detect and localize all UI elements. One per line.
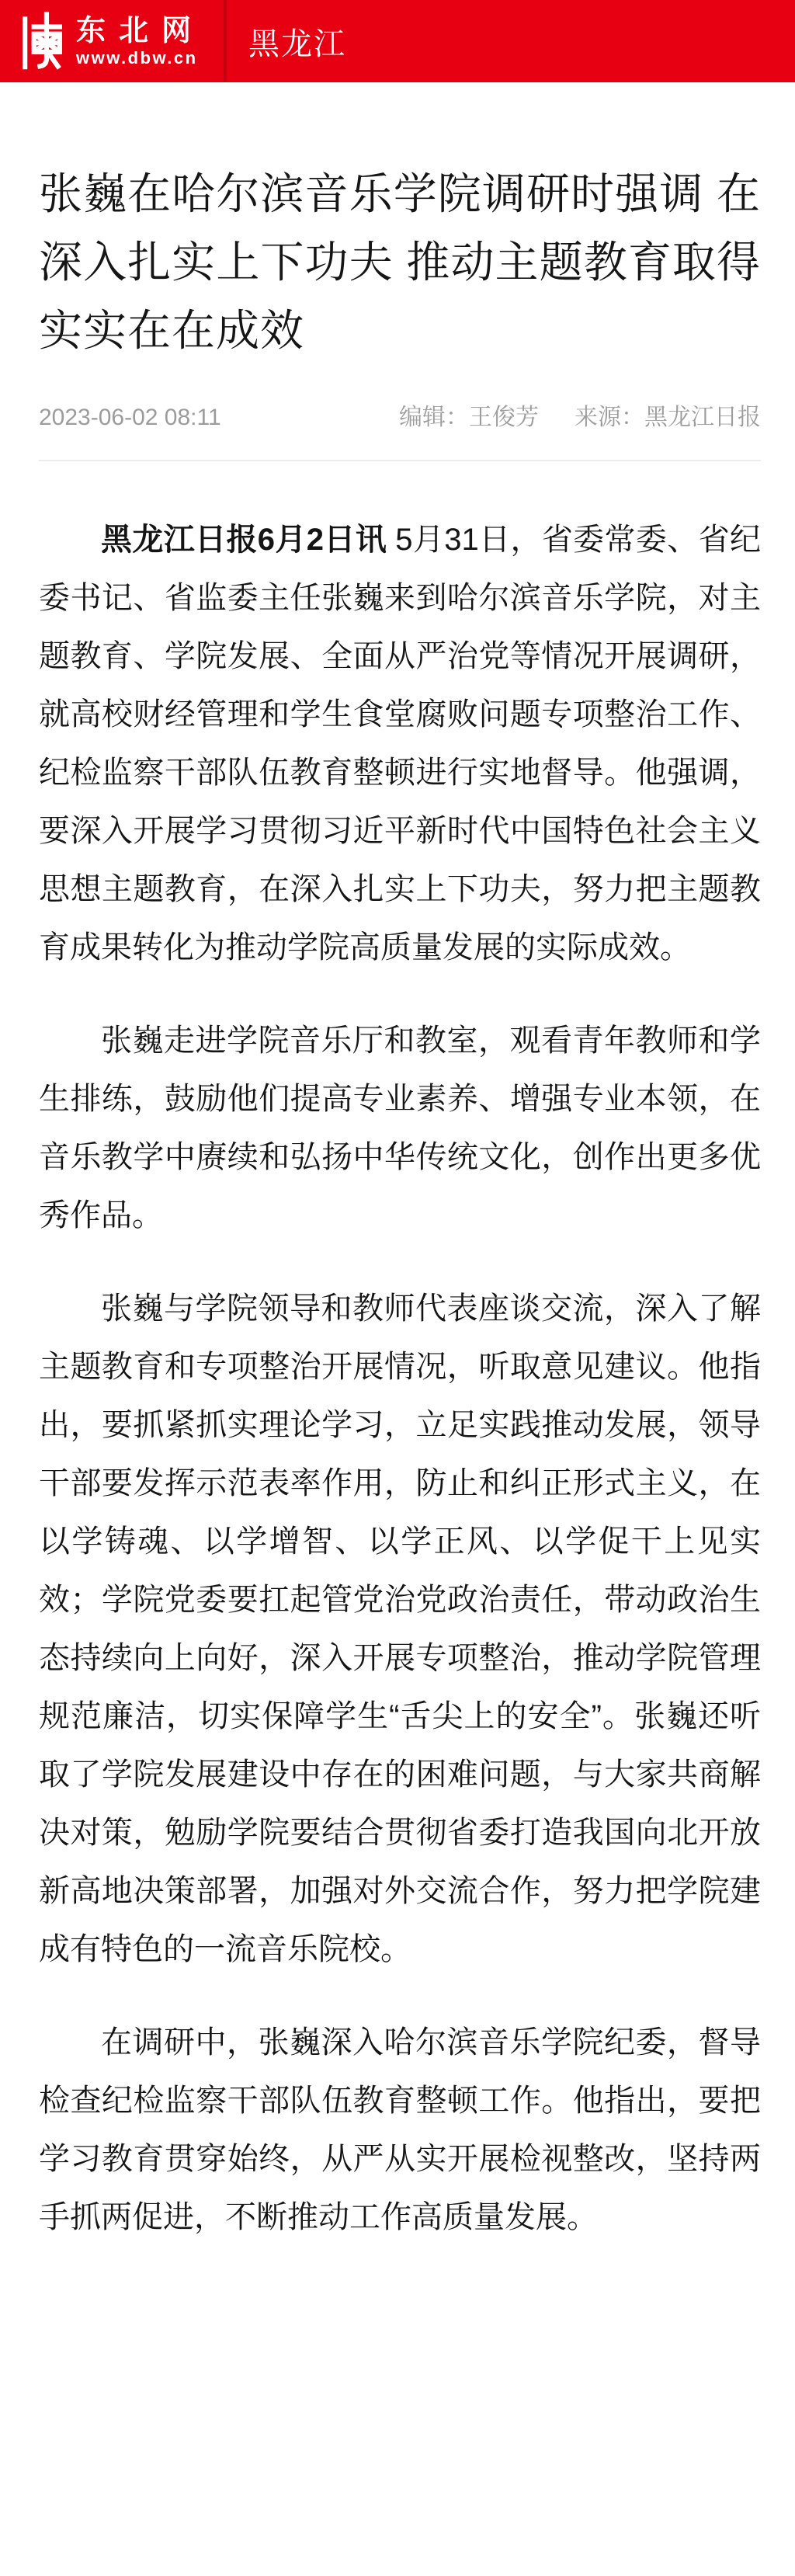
article-meta: 2023-06-02 08:11 编辑：王俊芳 来源：黑龙江日报 xyxy=(39,398,761,432)
paragraph-3: 张巍与学院领导和教师代表座谈交流，深入了解主题教育和专项整治开展情况，听取意见建… xyxy=(39,1280,761,1979)
meta-right-group: 编辑：王俊芳 来源：黑龙江日报 xyxy=(399,398,761,432)
channel-nav: 黑龙江 xyxy=(227,0,346,82)
paragraph-1: 黑龙江日报6月2日讯5月31日，省委常委、省纪委书记、省监委主任张巍来到哈尔滨音… xyxy=(39,511,761,977)
paragraph-4: 在调研中，张巍深入哈尔滨音乐学院纪委，督导检查纪检监察干部队伍教育整顿工作。他指… xyxy=(39,2014,761,2247)
channel-tab-heilongjiang[interactable]: 黑龙江 xyxy=(248,19,346,64)
editor-meta: 编辑：王俊芳 xyxy=(399,398,539,432)
article-title: 张巍在哈尔滨音乐学院调研时强调 在深入扎实上下功夫 推动主题教育取得实实在在成效 xyxy=(39,160,761,365)
source-name: 黑龙江日报 xyxy=(644,405,761,430)
site-header: 东北网 www.dbw.cn 黑龙江 xyxy=(0,0,795,82)
source-label: 来源： xyxy=(575,405,644,430)
paragraph-1-text: 5月31日，省委常委、省纪委书记、省监委主任张巍来到哈尔滨音乐学院，对主题教育、… xyxy=(39,523,761,965)
article-body: 黑龙江日报6月2日讯5月31日，省委常委、省纪委书记、省监委主任张巍来到哈尔滨音… xyxy=(39,511,761,2247)
dbw-logo-icon xyxy=(20,10,62,72)
editor-name: 王俊芳 xyxy=(469,405,539,430)
source-meta: 来源：黑龙江日报 xyxy=(575,398,761,432)
site-name: 东北网 xyxy=(76,15,204,49)
site-logo[interactable]: 东北网 www.dbw.cn xyxy=(0,0,224,82)
site-url: www.dbw.cn xyxy=(76,49,204,68)
article-page: 张巍在哈尔滨音乐学院调研时强调 在深入扎实上下功夫 推动主题教育取得实实在在成效… xyxy=(0,160,795,2286)
dateline-lead: 黑龙江日报6月2日讯 xyxy=(101,523,387,557)
paragraph-2: 张巍走进学院音乐厅和教室，观看青年教师和学生排练，鼓励他们提高专业素养、增强专业… xyxy=(39,1012,761,1245)
meta-divider xyxy=(39,460,761,461)
publish-datetime: 2023-06-02 08:11 xyxy=(39,405,221,431)
editor-label: 编辑： xyxy=(399,405,469,430)
